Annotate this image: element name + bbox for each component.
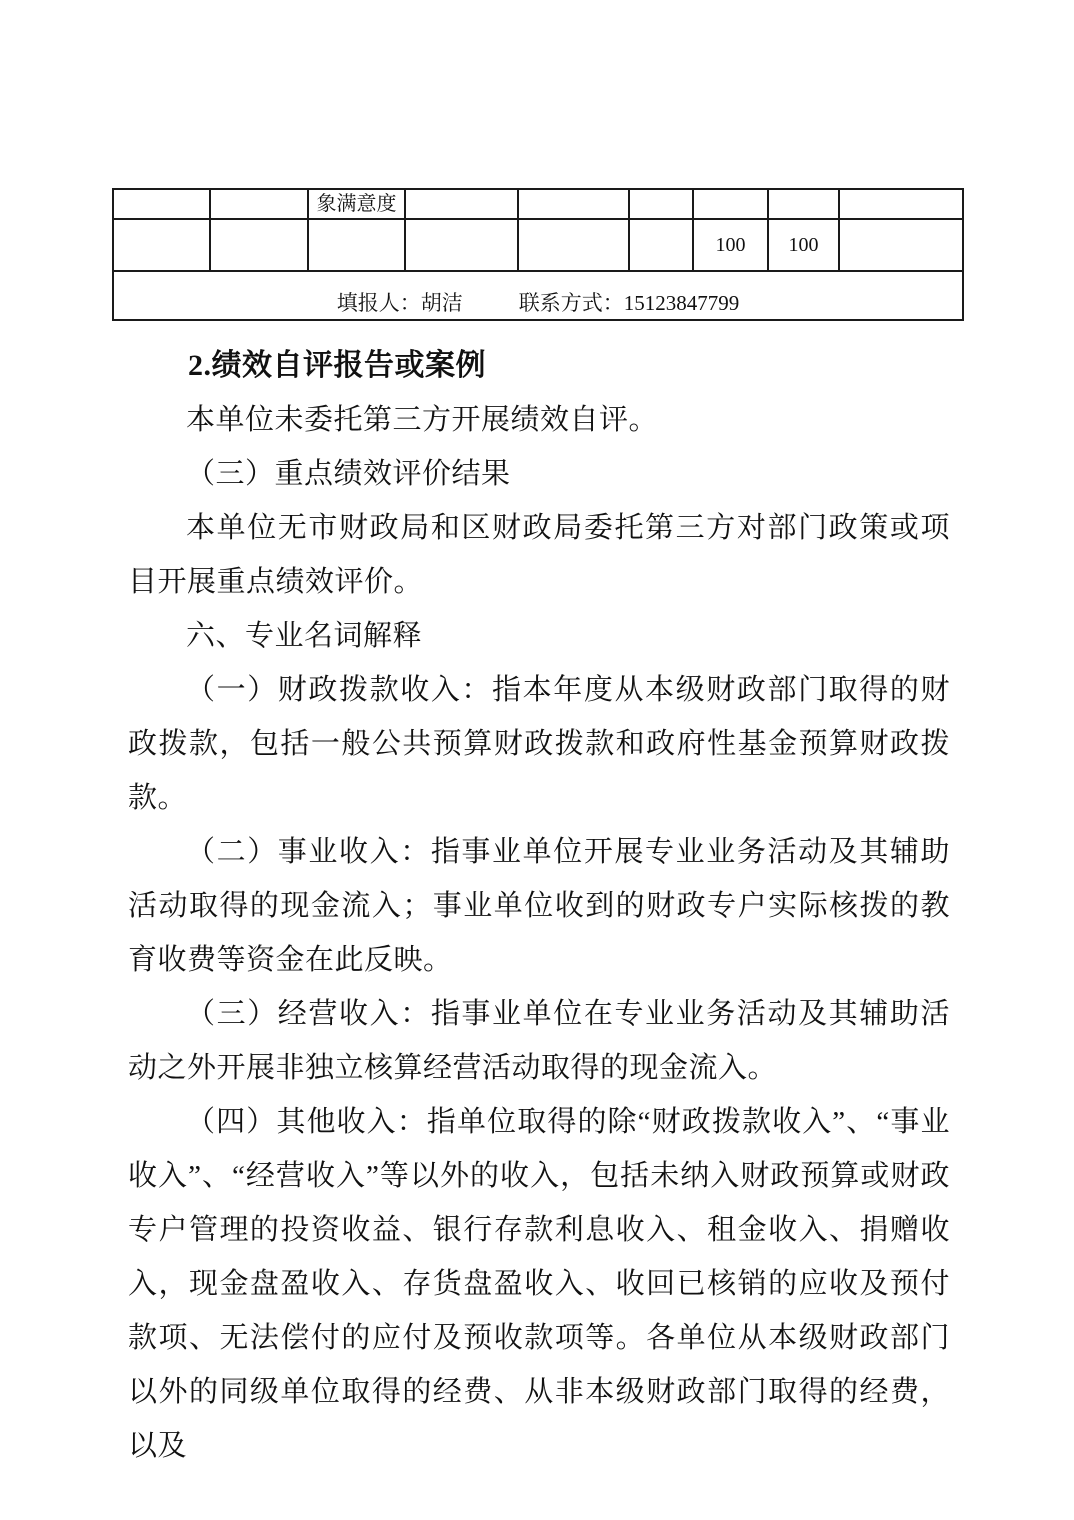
table-cell-score: 100	[768, 219, 839, 271]
paragraph-term-other-income: （四）其他收入：指单位取得的除“财政拨款收入”、“事业收入”、“经营收入”等以外…	[128, 1095, 950, 1473]
heading-self-eval-report: 2.绩效自评报告或案例	[128, 339, 950, 393]
table-cell-score: 100	[693, 219, 768, 271]
table-cell	[210, 189, 308, 219]
table-cell	[308, 219, 405, 271]
table-row: 100 100	[113, 219, 963, 271]
table-cell	[629, 189, 693, 219]
document-page: 象满意度 100 100 填报人：胡洁 联系方式：15123847799	[0, 0, 1074, 1520]
paragraph-term-fiscal-appropriation: （一）财政拨款收入：指本年度从本级财政部门取得的财政拨款，包括一般公共预算财政拨…	[128, 663, 950, 825]
paragraph-term-institution-income: （二）事业收入：指事业单位开展专业业务活动及其辅助活动取得的现金流入；事业单位收…	[128, 825, 950, 987]
table-cell	[113, 189, 210, 219]
table-cell	[839, 189, 963, 219]
table-cell	[113, 219, 210, 271]
paragraph-no-third-party: 本单位未委托第三方开展绩效自评。	[128, 393, 950, 447]
table-cell	[518, 189, 629, 219]
performance-table: 象满意度 100 100 填报人：胡洁 联系方式：15123847799	[112, 188, 964, 321]
document-body: 2.绩效自评报告或案例 本单位未委托第三方开展绩效自评。 （三）重点绩效评价结果…	[128, 339, 950, 1473]
contact-phone: 联系方式：15123847799	[519, 291, 740, 315]
table-cell-indicator: 象满意度	[308, 189, 405, 219]
heading-key-eval-results: （三）重点绩效评价结果	[128, 447, 950, 501]
table-cell	[693, 189, 768, 219]
table-cell	[405, 219, 518, 271]
table-cell	[518, 219, 629, 271]
paragraph-no-key-eval: 本单位无市财政局和区财政局委托第三方对部门政策或项目开展重点绩效评价。	[128, 501, 950, 609]
table-footer-row: 填报人：胡洁 联系方式：15123847799	[113, 271, 963, 320]
table-cell	[768, 189, 839, 219]
table-cell	[629, 219, 693, 271]
table-cell	[210, 219, 308, 271]
heading-terms-glossary: 六、专业名词解释	[128, 609, 950, 663]
table-cell	[839, 219, 963, 271]
table-footer-cell: 填报人：胡洁 联系方式：15123847799	[113, 271, 963, 320]
reporter-name: 填报人：胡洁	[337, 291, 463, 315]
table-row: 象满意度	[113, 189, 963, 219]
paragraph-term-operating-income: （三）经营收入：指事业单位在专业业务活动及其辅助活动之外开展非独立核算经营活动取…	[128, 987, 950, 1095]
table-cell	[405, 189, 518, 219]
